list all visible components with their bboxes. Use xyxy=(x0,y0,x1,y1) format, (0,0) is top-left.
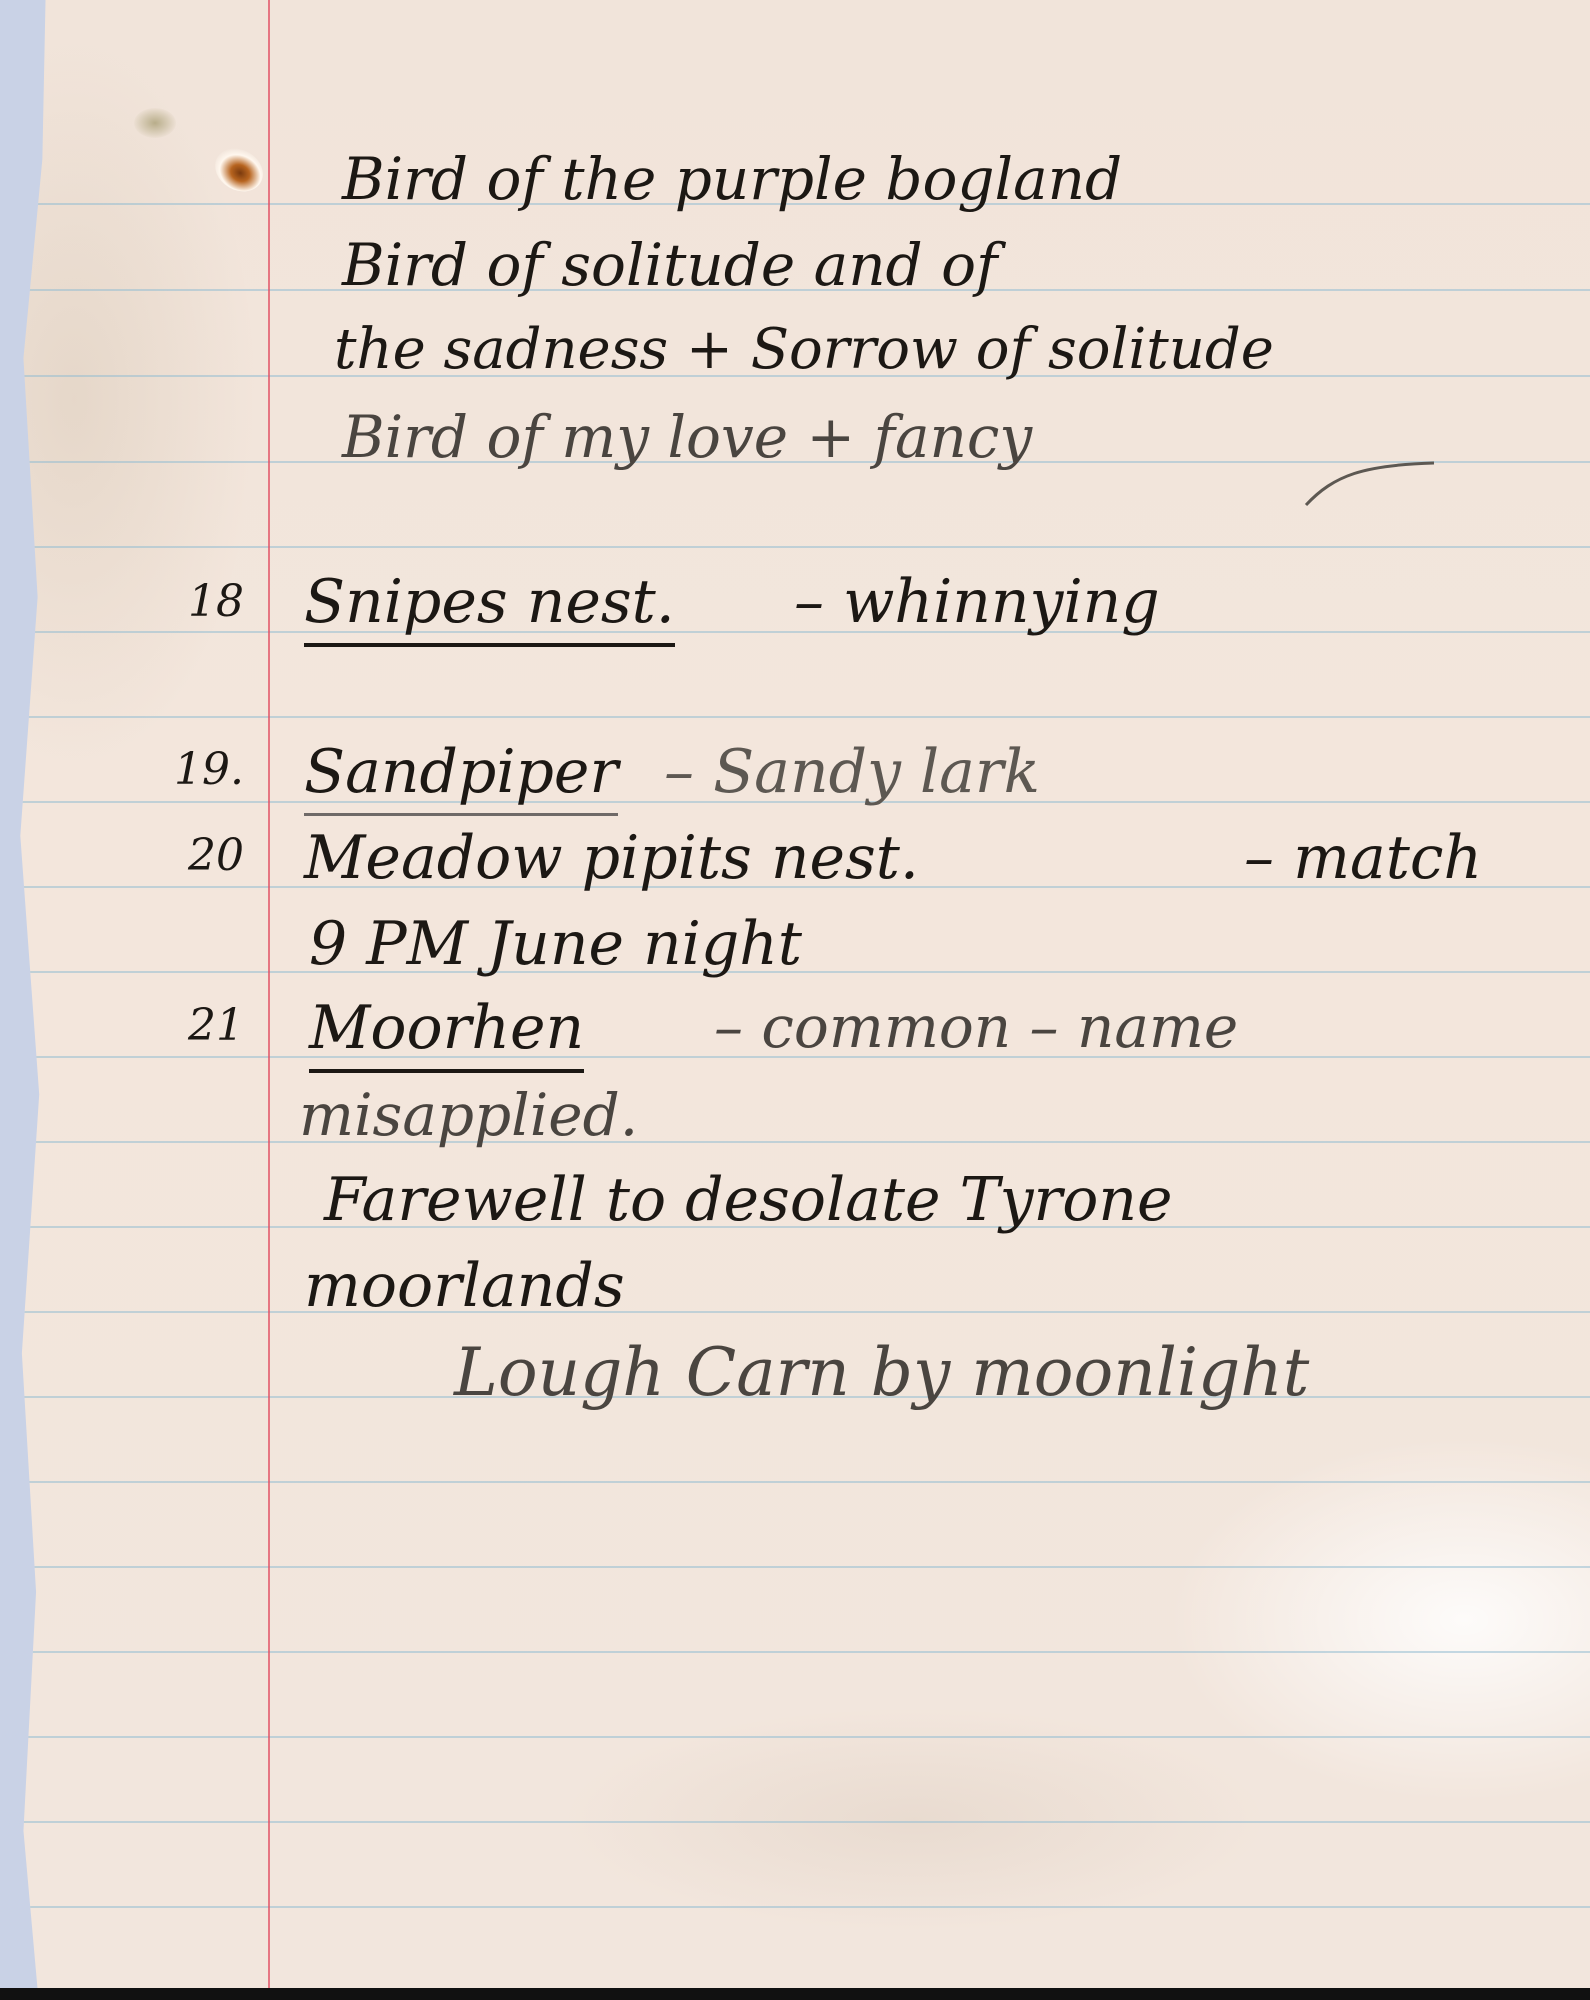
entry-21-note: – common – name xyxy=(714,998,1238,1056)
entry-20-note: – match xyxy=(1244,828,1482,888)
ruled-line xyxy=(14,1311,1590,1313)
entry-19-title-text: Sandpiper xyxy=(304,737,618,816)
entry-number-19: 19. xyxy=(164,748,244,792)
notebook-paper: Bird of the purple bogland Bird of solit… xyxy=(14,0,1590,1990)
entry-number-20: 20 xyxy=(164,834,244,878)
poem-line-3: the sadness + Sorrow of solitude xyxy=(334,322,1274,378)
entry-number-18: 18 xyxy=(164,580,244,624)
ruled-line xyxy=(14,1481,1590,1483)
ruled-line xyxy=(14,546,1590,548)
scanned-page: Bird of the purple bogland Bird of solit… xyxy=(0,0,1590,2000)
entry-19-title: Sandpiper xyxy=(304,742,618,802)
entry-18-title-text: Snipes nest. xyxy=(304,567,675,647)
rust-stain-mark xyxy=(207,140,270,200)
entry-20-title: Meadow pipits nest. xyxy=(304,828,919,888)
staple-hole-mark xyxy=(134,108,176,138)
entry-number-21: 21 xyxy=(164,1004,244,1048)
entry-18-note: – whinnying xyxy=(794,572,1160,632)
entry-18-title: Snipes nest. xyxy=(304,572,675,632)
pen-flourish-icon xyxy=(1304,455,1444,515)
entry-21-continuation: misapplied. xyxy=(299,1086,638,1144)
ruled-line xyxy=(14,1821,1590,1823)
farewell-line-1: Farewell to desolate Tyrone xyxy=(324,1170,1173,1230)
poem-line-1: Bird of the purple bogland xyxy=(342,150,1122,208)
entry-19-note: – Sandy lark xyxy=(664,742,1040,802)
ruled-line xyxy=(14,1566,1590,1568)
entry-20-continuation: 9 PM June night xyxy=(309,914,802,974)
ruled-line xyxy=(14,716,1590,718)
final-line: Lough Carn by moonlight xyxy=(454,1340,1309,1406)
margin-line xyxy=(268,0,270,1990)
ruled-line xyxy=(14,1141,1590,1143)
farewell-line-2: moorlands xyxy=(304,1256,625,1316)
entry-21-title-text: Moorhen xyxy=(309,993,584,1073)
scanner-edge xyxy=(0,1988,1590,2000)
ruled-line xyxy=(14,1736,1590,1738)
ruled-line xyxy=(14,1651,1590,1653)
ruled-line xyxy=(14,1906,1590,1908)
poem-line-2: Bird of solitude and of xyxy=(342,236,998,294)
poem-line-4: Bird of my love + fancy xyxy=(342,408,1032,466)
entry-21-title: Moorhen xyxy=(309,998,584,1058)
